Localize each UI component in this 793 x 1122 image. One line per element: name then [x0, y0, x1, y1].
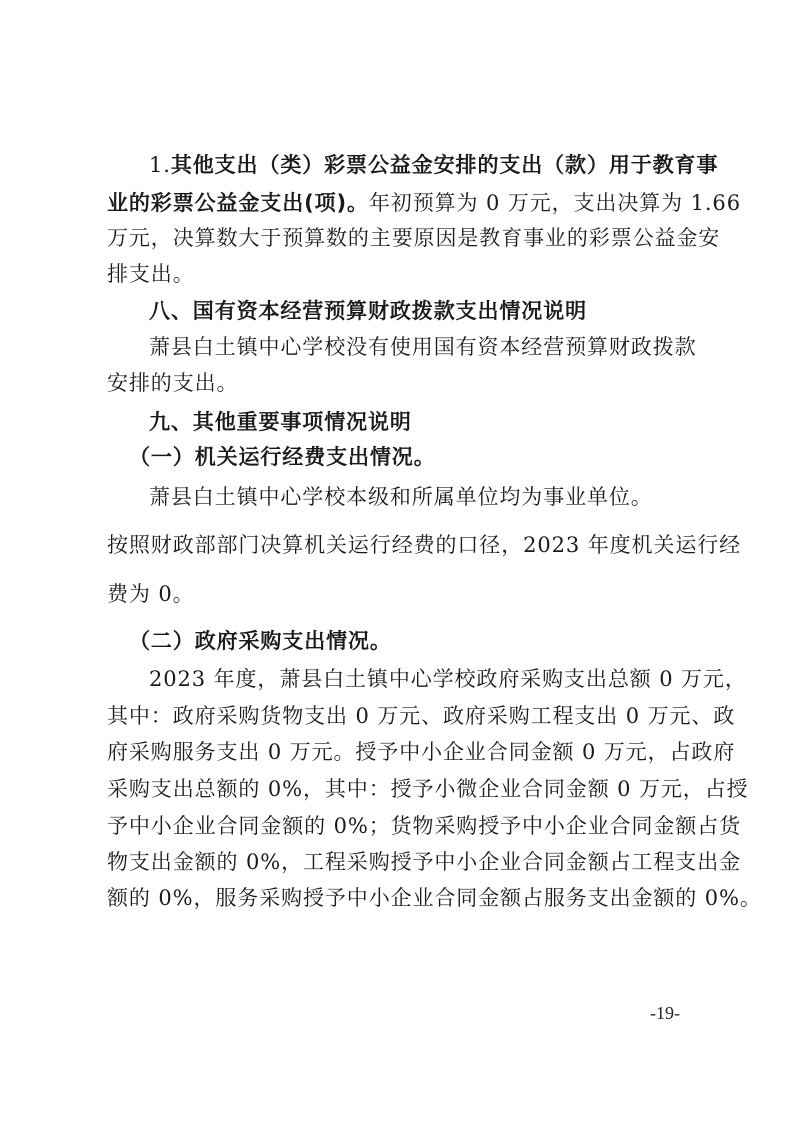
paragraph-line: 萧县白土镇中心学校本级和所属单位均为事业单位。 [107, 482, 695, 512]
page-number: -19- [650, 1003, 680, 1024]
text-segment: （二）政府采购支出情况。 [129, 629, 392, 653]
text-segment: 物支出金额的 0%，工程采购授予中小企业合同金额占工程支出金 [107, 850, 741, 874]
paragraph-line: 业的彩票公益金支出(项)。年初预算为 0 万元，支出决算为 1.66 [107, 188, 695, 218]
paragraph-line: 按照财政部部门决算机关运行经费的口径，2023 年度机关运行经 [107, 530, 695, 560]
text-segment: 其他支出（类）彩票公益金安排的支出（款）用于教育事 [171, 153, 719, 177]
paragraph-line: 费为 0。 [107, 579, 695, 609]
text-segment: 采购支出总额的 0%，其中：授予小微企业合同金额 0 万元，占授 [107, 777, 749, 801]
text-segment: 按照财政部部门决算机关运行经费的口径，2023 年度机关运行经 [107, 533, 741, 557]
section-heading: （一）机关运行经费支出情况。 [107, 442, 695, 472]
text-segment: 萧县白土镇中心学校本级和所属单位均为事业单位。 [149, 485, 653, 509]
paragraph-line: 2023 年度，萧县白土镇中心学校政府采购支出总额 0 万元， [107, 664, 695, 694]
section-heading: 九、其他重要事项情况说明 [107, 407, 695, 437]
text-segment: 八、国有资本经营预算财政拨款支出情况说明 [149, 299, 587, 323]
text-segment: 费为 0。 [107, 582, 195, 606]
text-segment: 1. [149, 153, 171, 177]
paragraph-line: 萧县白土镇中心学校没有使用国有资本经营预算财政拨款 [107, 332, 695, 362]
text-segment: 年初预算为 0 万元，支出决算为 1.66 [369, 191, 741, 215]
text-segment: 萧县白土镇中心学校没有使用国有资本经营预算财政拨款 [149, 335, 697, 359]
paragraph-line: 安排的支出。 [107, 368, 695, 398]
text-segment: （一）机关运行经费支出情况。 [129, 445, 436, 469]
text-segment: 府采购服务支出 0 万元。授予中小企业合同金额 0 万元，占政府 [107, 740, 735, 764]
paragraph-line: 采购支出总额的 0%，其中：授予小微企业合同金额 0 万元，占授 [107, 774, 695, 804]
text-segment: 业的彩票公益金支出(项)。 [107, 191, 369, 215]
text-segment: 排支出。 [107, 262, 195, 286]
text-segment: 额的 0%，服务采购授予中小企业合同金额占服务支出金额的 0%。 [107, 886, 762, 910]
text-segment: 万元，决算数大于预算数的主要原因是教育事业的彩票公益金安 [107, 226, 720, 250]
paragraph-line: 额的 0%，服务采购授予中小企业合同金额占服务支出金额的 0%。 [107, 883, 695, 913]
paragraph-line: 1.其他支出（类）彩票公益金安排的支出（款）用于教育事 [107, 150, 695, 180]
text-segment: 予中小企业合同金额的 0%；货物采购授予中小企业合同金额占货 [107, 814, 741, 838]
section-heading: （二）政府采购支出情况。 [107, 626, 695, 656]
text-segment: 九、其他重要事项情况说明 [149, 410, 412, 434]
paragraph-line: 其中：政府采购货物支出 0 万元、政府采购工程支出 0 万元、政 [107, 701, 695, 731]
paragraph-line: 物支出金额的 0%，工程采购授予中小企业合同金额占工程支出金 [107, 847, 695, 877]
text-segment: 安排的支出。 [107, 371, 238, 395]
text-segment: 其中：政府采购货物支出 0 万元、政府采购工程支出 0 万元、政 [107, 704, 735, 728]
paragraph-line: 排支出。 [107, 259, 695, 289]
paragraph-line: 万元，决算数大于预算数的主要原因是教育事业的彩票公益金安 [107, 223, 695, 253]
section-heading: 八、国有资本经营预算财政拨款支出情况说明 [107, 296, 695, 326]
text-segment: 2023 年度，萧县白土镇中心学校政府采购支出总额 0 万元， [149, 667, 747, 691]
paragraph-line: 府采购服务支出 0 万元。授予中小企业合同金额 0 万元，占政府 [107, 737, 695, 767]
paragraph-line: 予中小企业合同金额的 0%；货物采购授予中小企业合同金额占货 [107, 811, 695, 841]
